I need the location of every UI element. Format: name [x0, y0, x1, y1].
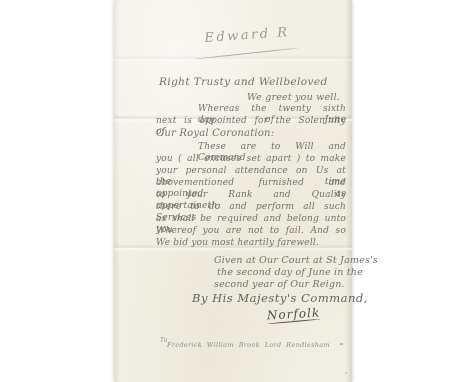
scan-background: Edward R Right Trusty and Wellbeloved We… [0, 0, 468, 382]
salutation-line: Right Trusty and Wellbeloved [159, 77, 328, 88]
greeting-line: We greet you well. [154, 92, 340, 103]
command-line: By His Majesty's Command, [192, 293, 368, 304]
countersignature: Norfolk [267, 308, 321, 324]
signature-flourish [194, 47, 300, 59]
letter-paper: Edward R Right Trusty and Wellbeloved We… [114, 0, 352, 382]
body-line: you ( all excuses set apart ) to make [156, 154, 346, 165]
dateline: the second day of June in the [217, 267, 363, 278]
royal-sign-manual: Edward R [188, 26, 306, 45]
body-line: Our Royal Coronation: [156, 128, 346, 139]
dateline: Given at Our Court at St James's [214, 255, 378, 266]
dateline: second year of Our Reign. [214, 279, 345, 290]
fold-crease [114, 55, 352, 62]
body-line: Whereof you are not to fail. And so [156, 226, 346, 237]
body-line: We bid you most heartily farewell. [156, 238, 346, 249]
age-spot [340, 343, 343, 345]
addressee-line: Frederick William Brook Lord Rendlesham [167, 340, 330, 351]
age-spot [345, 372, 347, 374]
